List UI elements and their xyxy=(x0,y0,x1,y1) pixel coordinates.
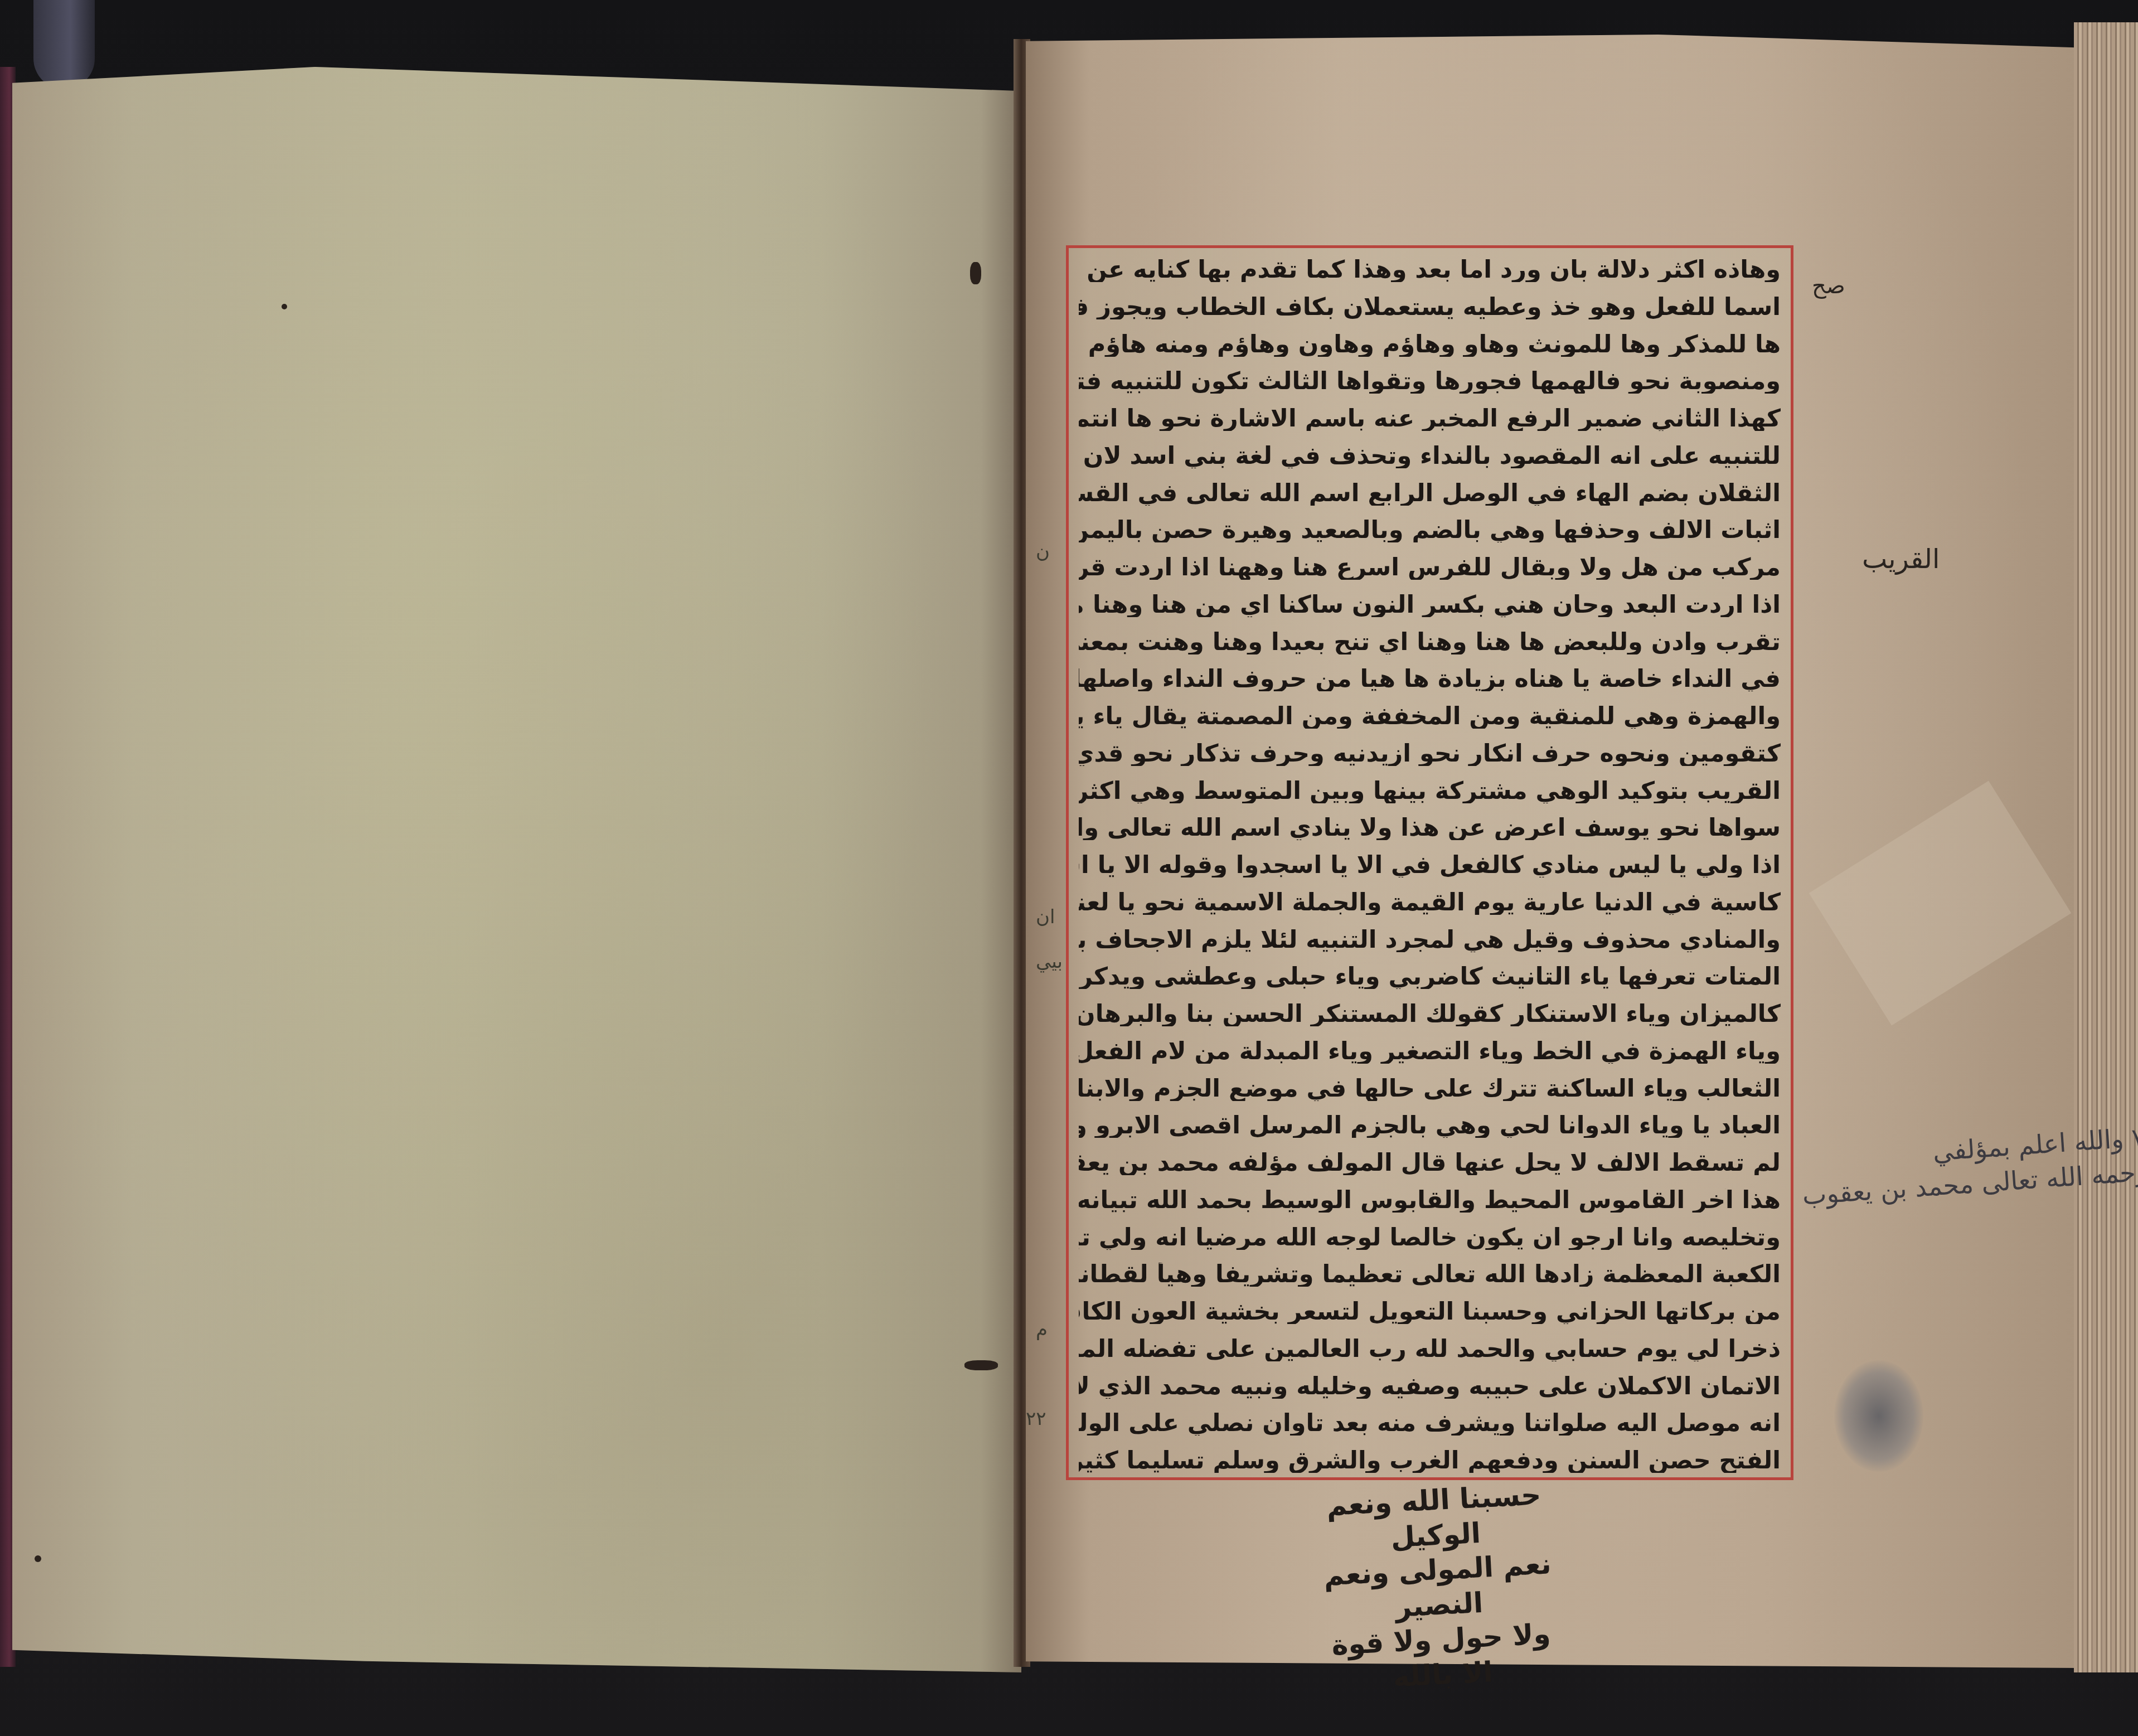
margin-mark: بيي xyxy=(1036,951,1063,973)
text-line: لم تسقط الالف لا يحل عنها قال المولف مؤل… xyxy=(1079,1151,1781,1175)
seal-stamp xyxy=(1834,1360,1923,1472)
text-line: الثقلان بضم الهاء في الوصل الرابع اسم ال… xyxy=(1079,482,1781,506)
text-line: والهمزة وهي للمنقية ومن المخففة ومن المص… xyxy=(1079,705,1781,729)
manuscript-text-block: وهاذه اكثر دلالة بان ورد اما بعد وهذا كم… xyxy=(1066,245,1793,1480)
ink-spot xyxy=(35,1555,41,1562)
signature-line: نعم المولى ونعم النصير xyxy=(1314,1546,1563,1629)
text-line: هذا آخر القاموس المحيط والقابوس الوسيط ب… xyxy=(1079,1189,1781,1213)
text-line: والمنادي محذوف وقيل هي لمجرد التنبيه لئل… xyxy=(1079,928,1781,952)
text-line: انه موصل اليه صلواتنا ويشرف منه بعد تاوا… xyxy=(1079,1412,1781,1436)
text-line: كالميزان وياء الاستنكار كقولك المستنكر ا… xyxy=(1079,1002,1781,1026)
text-line: سواها نحو يوسف اعرض عن هذا ولا ينادي اسم… xyxy=(1079,816,1781,840)
margin-gloss: القريب xyxy=(1862,544,1940,575)
text-line: ها للمذكر وها للمونث وهاو وهاؤم وهاون وه… xyxy=(1079,333,1781,357)
signature-line: حسبنا الله ونعم الوكيل xyxy=(1310,1477,1559,1559)
text-line: وتخليصه وانا ارجو ان يكون خالصا لوجه الل… xyxy=(1079,1226,1781,1250)
text-line: اذا اردت البعد وحان هني بكسر النون ساكنا… xyxy=(1079,593,1781,617)
text-line: الكعبة المعظمة زادها الله تعالى تعظيما و… xyxy=(1079,1263,1781,1287)
text-line: كهذا الثاني ضمير الرفع المخبر عنه باسم ا… xyxy=(1079,407,1781,431)
text-line: اثبات الالف وحذفها وهي بالضم وبالصعيد وه… xyxy=(1079,518,1781,542)
text-line: من بركاتها الحزاني وحسبنا التعويل لتسعر … xyxy=(1079,1300,1781,1324)
text-line: الثعالب وياء الساكنة تترك على حالها في م… xyxy=(1079,1077,1781,1101)
text-line: اذا ولي يا ليس منادي كالفعل في الا يا اس… xyxy=(1079,854,1781,877)
text-line: وياء الهمزة في الخط وياء التصغير وياء ال… xyxy=(1079,1040,1781,1064)
text-line: المتات تعرفها ياء التانيث كاضربي وياء حب… xyxy=(1079,965,1781,989)
margin-mark: ٢٢ xyxy=(1026,1408,1046,1430)
ink-spot xyxy=(970,262,981,284)
margin-mark: ن xyxy=(1036,541,1050,563)
closing-signature: حسبنا الله ونعم الوكيل نعم المولى ونعم ا… xyxy=(1310,1477,1566,1699)
text-line: وهاذه اكثر دلالة بان ورد اما بعد وهذا كم… xyxy=(1079,258,1781,282)
text-line: مركب من هل ولا وبقال للفرس اسرع هنا وههن… xyxy=(1079,556,1781,580)
text-line: العباد يا وياء الدوانا لحي وهي بالجزم ال… xyxy=(1079,1114,1781,1138)
text-line: ومنصوبة نحو فالهمها فجورها وتقواها الثال… xyxy=(1079,370,1781,394)
text-line: تقرب وادن وللبعض ها هنا وهنا اي تنح بعيد… xyxy=(1079,631,1781,654)
text-line: كاسية في الدنيا عارية يوم القيمة والجملة… xyxy=(1079,891,1781,915)
text-line: القريب بتوكيد الوهي مشتركة بينها وبين ال… xyxy=(1079,779,1781,803)
ink-spot xyxy=(282,304,287,309)
text-line: في النداء خاصة يا هناه بزيادة ها هيا من … xyxy=(1079,667,1781,691)
margin-note-correction: صح xyxy=(1812,273,1845,299)
margin-mark: م xyxy=(1036,1318,1048,1341)
text-line: اسما للفعل وهو خذ وعطيه يستعملان بكاف ال… xyxy=(1079,295,1781,319)
margin-mark: ان xyxy=(1036,906,1055,928)
text-line: للتنبيه على انه المقصود بالنداء وتحذف في… xyxy=(1079,444,1781,468)
text-line: الاتمان الاكملان على حبيبه وصفيه وخليله … xyxy=(1079,1375,1781,1399)
text-line: كتقومين ونحوه حرف انكار نحو ازيدنيه وحرف… xyxy=(1079,742,1781,766)
text-line: الفتح حصن السنن ودفعهم الغرب والشرق وسلم… xyxy=(1079,1449,1781,1473)
book-page-edges xyxy=(2074,22,2138,1672)
text-line: ذخرا لي يوم حسابي والحمد لله رب العالمين… xyxy=(1079,1337,1781,1361)
left-page-blank xyxy=(12,67,1021,1672)
ink-spot xyxy=(964,1360,998,1370)
book-clip xyxy=(33,0,95,89)
